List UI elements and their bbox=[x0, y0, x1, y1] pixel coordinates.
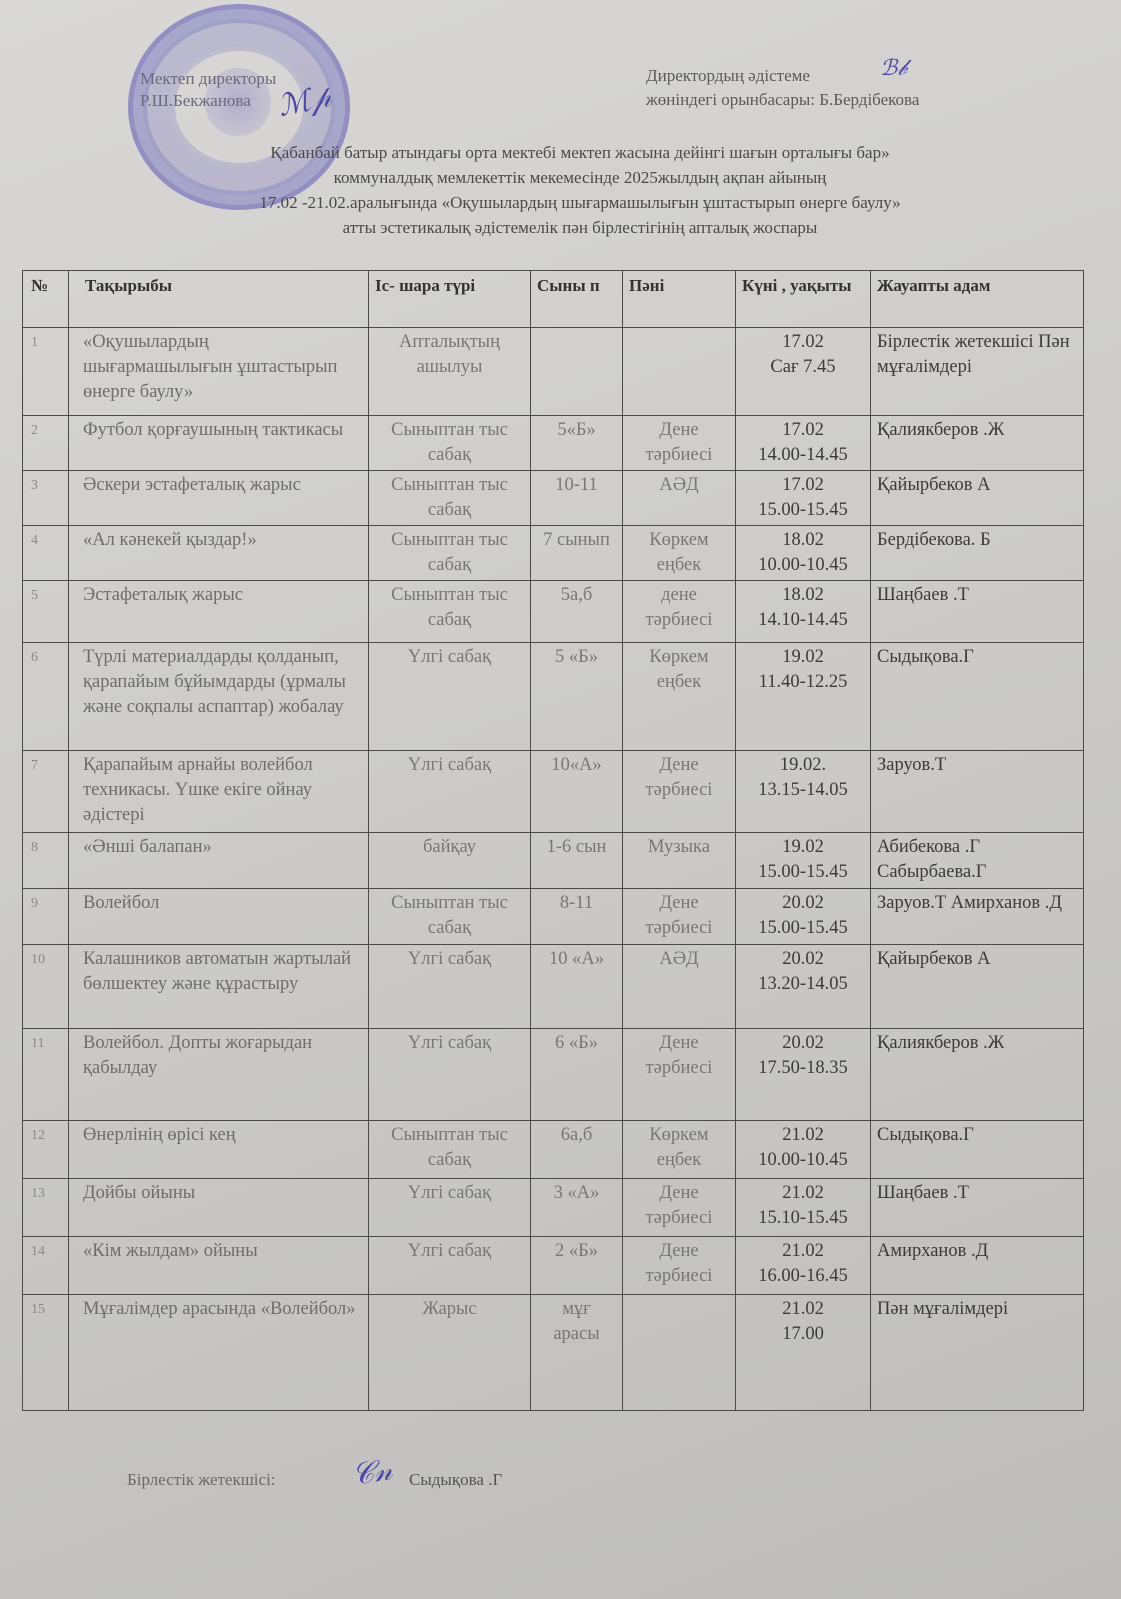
row-number: 4 bbox=[23, 526, 69, 581]
row-number: 15 bbox=[23, 1295, 69, 1411]
row-date-time: 18.0214.10-14.45 bbox=[736, 581, 871, 643]
row-subject: дене тәрбиесі bbox=[623, 581, 736, 643]
title-line-4: атты эстетикалық әдістемелік пән бірлест… bbox=[130, 215, 1030, 240]
row-subject: АӘД bbox=[623, 471, 736, 526]
row-subject: Көркем еңбек bbox=[623, 643, 736, 751]
table-row: 9ВолейболСыныптан тыс сабақ8-11Дене тәрб… bbox=[23, 889, 1084, 945]
row-responsible: Шаңбаев .Т bbox=[871, 1179, 1084, 1237]
table-row: 8«Әнші балапан»байқау1-6 сынМузыка19.021… bbox=[23, 833, 1084, 889]
row-event-type: Үлгі сабақ bbox=[369, 1237, 531, 1295]
row-subject: Көркем еңбек bbox=[623, 526, 736, 581]
row-number: 1 bbox=[23, 328, 69, 416]
row-topic: «Кім жылдам» ойыны bbox=[69, 1237, 369, 1295]
document-title: Қабанбай батыр атындағы орта мектебі мек… bbox=[130, 140, 1030, 240]
row-date-time: 20.0213.20-14.05 bbox=[736, 945, 871, 1029]
row-time: 14.00-14.45 bbox=[742, 443, 864, 468]
row-event-type: Үлгі сабақ bbox=[369, 643, 531, 751]
deputy-approval: Директордың әдістеме жөніндегі орынбасар… bbox=[646, 64, 919, 112]
row-time: 17.50-18.35 bbox=[742, 1056, 864, 1081]
row-event-type: Сыныптан тыс сабақ bbox=[369, 526, 531, 581]
row-class: 7 сынып bbox=[531, 526, 623, 581]
row-number: 9 bbox=[23, 889, 69, 945]
row-date-time: 19.0211.40-12.25 bbox=[736, 643, 871, 751]
row-responsible: Заруов.Т bbox=[871, 751, 1084, 833]
table-row: 5Эстафеталық жарысСыныптан тыс сабақ5а,б… bbox=[23, 581, 1084, 643]
row-subject: Дене тәрбиесі bbox=[623, 1237, 736, 1295]
row-topic: Волейбол bbox=[69, 889, 369, 945]
header-class: Сыны п bbox=[531, 271, 623, 328]
director-approval: Мектеп директоры Р.Ш.Бекжанова bbox=[140, 68, 276, 112]
row-date-time: 21.0217.00 bbox=[736, 1295, 871, 1411]
row-subject: Дене тәрбиесі bbox=[623, 1179, 736, 1237]
row-date-time: 17.0214.00-14.45 bbox=[736, 416, 871, 471]
row-date-time: 19.02.13.15-14.05 bbox=[736, 751, 871, 833]
row-number: 13 bbox=[23, 1179, 69, 1237]
row-topic: Түрлі материалдарды қолданып, қарапайым … bbox=[69, 643, 369, 751]
row-date-time: 19.0215.00-15.45 bbox=[736, 833, 871, 889]
row-responsible: Абибекова .Г Сабырбаева.Г bbox=[871, 833, 1084, 889]
table-row: 14«Кім жылдам» ойыныҮлгі сабақ2 «Б»Дене … bbox=[23, 1237, 1084, 1295]
table-row: 4«Ал кәнекей қыздар!»Сыныптан тыс сабақ7… bbox=[23, 526, 1084, 581]
header-event-type: Іс- шара түрі bbox=[369, 271, 531, 328]
table-row: 3Әскери эстафеталық жарысСыныптан тыс са… bbox=[23, 471, 1084, 526]
row-class: 8-11 bbox=[531, 889, 623, 945]
row-responsible: Қайырбеков А bbox=[871, 471, 1084, 526]
row-time: Сағ 7.45 bbox=[742, 355, 864, 380]
row-event-type: Сыныптан тыс сабақ bbox=[369, 471, 531, 526]
table-row: 6Түрлі материалдарды қолданып, қарапайым… bbox=[23, 643, 1084, 751]
table-row: 2Футбол қорғаушының тактикасыСыныптан ты… bbox=[23, 416, 1084, 471]
row-topic: Мұғалімдер арасында «Волейбол» bbox=[69, 1295, 369, 1411]
row-topic: «Оқушылардың шығармашылығын ұштастырып ө… bbox=[69, 328, 369, 416]
leader-signature-icon: 𝒞𝓃 bbox=[350, 1452, 395, 1492]
row-class: 10-11 bbox=[531, 471, 623, 526]
row-class: 3 «А» bbox=[531, 1179, 623, 1237]
row-number: 6 bbox=[23, 643, 69, 751]
row-event-type: Жарыс bbox=[369, 1295, 531, 1411]
row-event-type: Сыныптан тыс сабақ bbox=[369, 1121, 531, 1179]
row-date-time: 17.02Сағ 7.45 bbox=[736, 328, 871, 416]
row-date: 21.02 bbox=[742, 1239, 864, 1264]
row-number: 7 bbox=[23, 751, 69, 833]
row-responsible: Амирханов .Д bbox=[871, 1237, 1084, 1295]
row-time: 15.00-15.45 bbox=[742, 860, 864, 885]
row-subject: Көркем еңбек bbox=[623, 1121, 736, 1179]
deputy-title: Директордың әдістеме bbox=[646, 64, 919, 88]
row-date: 20.02 bbox=[742, 947, 864, 972]
director-name: Р.Ш.Бекжанова bbox=[140, 90, 276, 112]
row-date: 20.02 bbox=[742, 891, 864, 916]
row-time: 10.00-10.45 bbox=[742, 553, 864, 578]
row-class: 1-6 сын bbox=[531, 833, 623, 889]
row-event-type: Үлгі сабақ bbox=[369, 1029, 531, 1121]
table-row: 1«Оқушылардың шығармашылығын ұштастырып … bbox=[23, 328, 1084, 416]
table-row: 7Қарапайым арнайы волейбол техникасы. Үш… bbox=[23, 751, 1084, 833]
director-title: Мектеп директоры bbox=[140, 68, 276, 90]
row-class: 10«А» bbox=[531, 751, 623, 833]
table-row: 11Волейбол. Допты жоғарыдан қабылдауҮлгі… bbox=[23, 1029, 1084, 1121]
row-class: мұғ арасы bbox=[531, 1295, 623, 1411]
row-date: 21.02 bbox=[742, 1123, 864, 1148]
row-date: 18.02 bbox=[742, 583, 864, 608]
row-topic: Қарапайым арнайы волейбол техникасы. Үшк… bbox=[69, 751, 369, 833]
row-responsible: Заруов.Т Амирханов .Д bbox=[871, 889, 1084, 945]
row-date: 17.02 bbox=[742, 473, 864, 498]
row-event-type: Үлгі сабақ bbox=[369, 751, 531, 833]
row-number: 12 bbox=[23, 1121, 69, 1179]
deputy-signature-icon: ℬ𝒷 bbox=[880, 56, 907, 81]
row-date-time: 20.0217.50-18.35 bbox=[736, 1029, 871, 1121]
table-row: 10Калашников автоматын жартылай бөлшекте… bbox=[23, 945, 1084, 1029]
row-event-type: Сыныптан тыс сабақ bbox=[369, 889, 531, 945]
row-date: 17.02 bbox=[742, 418, 864, 443]
row-responsible: Шаңбаев .Т bbox=[871, 581, 1084, 643]
table-row: 12Өнерлінің өрісі кеңСыныптан тыс сабақ6… bbox=[23, 1121, 1084, 1179]
row-class: 5а,б bbox=[531, 581, 623, 643]
row-class: 6а,б bbox=[531, 1121, 623, 1179]
row-time: 15.00-15.45 bbox=[742, 916, 864, 941]
row-date-time: 21.0216.00-16.45 bbox=[736, 1237, 871, 1295]
row-time: 16.00-16.45 bbox=[742, 1264, 864, 1289]
header-topic: Тақырыбы bbox=[69, 271, 369, 328]
row-time: 13.15-14.05 bbox=[742, 778, 864, 803]
title-line-2: коммуналдық мемлекеттік мекемесінде 2025… bbox=[130, 165, 1030, 190]
row-topic: «Әнші балапан» bbox=[69, 833, 369, 889]
row-class: 6 «Б» bbox=[531, 1029, 623, 1121]
row-class: 2 «Б» bbox=[531, 1237, 623, 1295]
row-responsible: Сыдықова.Г bbox=[871, 643, 1084, 751]
header-number: № bbox=[23, 271, 69, 328]
header-subject: Пәні bbox=[623, 271, 736, 328]
row-time: 14.10-14.45 bbox=[742, 608, 864, 633]
row-date-time: 21.0210.00-10.45 bbox=[736, 1121, 871, 1179]
row-topic: Волейбол. Допты жоғарыдан қабылдау bbox=[69, 1029, 369, 1121]
row-topic: Әскери эстафеталық жарыс bbox=[69, 471, 369, 526]
row-date: 21.02 bbox=[742, 1181, 864, 1206]
footer-name: Сыдықова .Г bbox=[409, 1470, 502, 1490]
row-subject bbox=[623, 328, 736, 416]
table-row: 13Дойбы ойыныҮлгі сабақ3 «А»Дене тәрбиес… bbox=[23, 1179, 1084, 1237]
row-class: 5«Б» bbox=[531, 416, 623, 471]
row-subject: АӘД bbox=[623, 945, 736, 1029]
row-number: 3 bbox=[23, 471, 69, 526]
row-responsible: Пән мұғалімдері bbox=[871, 1295, 1084, 1411]
row-topic: Өнерлінің өрісі кең bbox=[69, 1121, 369, 1179]
row-date: 18.02 bbox=[742, 528, 864, 553]
row-subject: Дене тәрбиесі bbox=[623, 889, 736, 945]
weekly-plan-table: № Тақырыбы Іс- шара түрі Сыны п Пәні Күн… bbox=[22, 270, 1084, 1411]
row-time: 10.00-10.45 bbox=[742, 1148, 864, 1173]
row-date: 19.02. bbox=[742, 753, 864, 778]
row-class: 10 «А» bbox=[531, 945, 623, 1029]
row-event-type: Сыныптан тыс сабақ bbox=[369, 416, 531, 471]
footer-label: Бірлестік жетекшісі: bbox=[127, 1470, 276, 1489]
row-date: 19.02 bbox=[742, 645, 864, 670]
row-subject: Дене тәрбиесі bbox=[623, 751, 736, 833]
row-subject bbox=[623, 1295, 736, 1411]
row-time: 15.00-15.45 bbox=[742, 498, 864, 523]
row-responsible: Бірлестік жетекшісі Пән мұғалімдері bbox=[871, 328, 1084, 416]
row-time: 11.40-12.25 bbox=[742, 670, 864, 695]
row-number: 5 bbox=[23, 581, 69, 643]
row-date: 21.02 bbox=[742, 1297, 864, 1322]
row-topic: «Ал кәнекей қыздар!» bbox=[69, 526, 369, 581]
row-number: 10 bbox=[23, 945, 69, 1029]
row-subject: Музыка bbox=[623, 833, 736, 889]
row-date-time: 17.0215.00-15.45 bbox=[736, 471, 871, 526]
row-time: 15.10-15.45 bbox=[742, 1206, 864, 1231]
row-topic: Футбол қорғаушының тактикасы bbox=[69, 416, 369, 471]
header-responsible: Жауапты адам bbox=[871, 271, 1084, 328]
row-date: 19.02 bbox=[742, 835, 864, 860]
row-event-type: Үлгі сабақ bbox=[369, 945, 531, 1029]
row-date-time: 20.0215.00-15.45 bbox=[736, 889, 871, 945]
row-date: 20.02 bbox=[742, 1031, 864, 1056]
row-class bbox=[531, 328, 623, 416]
row-responsible: Қалиякберов .Ж bbox=[871, 416, 1084, 471]
row-event-type: байқау bbox=[369, 833, 531, 889]
row-responsible: Қалиякберов .Ж bbox=[871, 1029, 1084, 1121]
title-line-1: Қабанбай батыр атындағы орта мектебі мек… bbox=[130, 140, 1030, 165]
table-row: 15Мұғалімдер арасында «Волейбол»Жарысмұғ… bbox=[23, 1295, 1084, 1411]
row-event-type: Үлгі сабақ bbox=[369, 1179, 531, 1237]
row-responsible: Бердібекова. Б bbox=[871, 526, 1084, 581]
row-event-type: Сыныптан тыс сабақ bbox=[369, 581, 531, 643]
row-subject: Дене тәрбиесі bbox=[623, 416, 736, 471]
row-event-type: Апталықтың ашылуы bbox=[369, 328, 531, 416]
row-time: 17.00 bbox=[742, 1322, 864, 1347]
row-number: 2 bbox=[23, 416, 69, 471]
row-topic: Калашников автоматын жартылай бөлшектеу … bbox=[69, 945, 369, 1029]
row-subject: Дене тәрбиесі bbox=[623, 1029, 736, 1121]
table-header-row: № Тақырыбы Іс- шара түрі Сыны п Пәні Күн… bbox=[23, 271, 1084, 328]
row-number: 8 bbox=[23, 833, 69, 889]
row-time: 13.20-14.05 bbox=[742, 972, 864, 997]
header-date-time: Күні , уақыты bbox=[736, 271, 871, 328]
row-responsible: Қайырбеков А bbox=[871, 945, 1084, 1029]
row-topic: Эстафеталық жарыс bbox=[69, 581, 369, 643]
deputy-name: жөніндегі орынбасары: Б.Бердібекова bbox=[646, 88, 919, 112]
row-date-time: 21.0215.10-15.45 bbox=[736, 1179, 871, 1237]
row-class: 5 «Б» bbox=[531, 643, 623, 751]
row-number: 11 bbox=[23, 1029, 69, 1121]
row-responsible: Сыдықова.Г bbox=[871, 1121, 1084, 1179]
footer-signoff: Бірлестік жетекшісі: Сыдықова .Г bbox=[127, 1470, 276, 1490]
row-number: 14 bbox=[23, 1237, 69, 1295]
row-date-time: 18.0210.00-10.45 bbox=[736, 526, 871, 581]
row-topic: Дойбы ойыны bbox=[69, 1179, 369, 1237]
title-line-3: 17.02 -21.02.аралығында «Оқушылардың шығ… bbox=[130, 190, 1030, 215]
row-date: 17.02 bbox=[742, 330, 864, 355]
